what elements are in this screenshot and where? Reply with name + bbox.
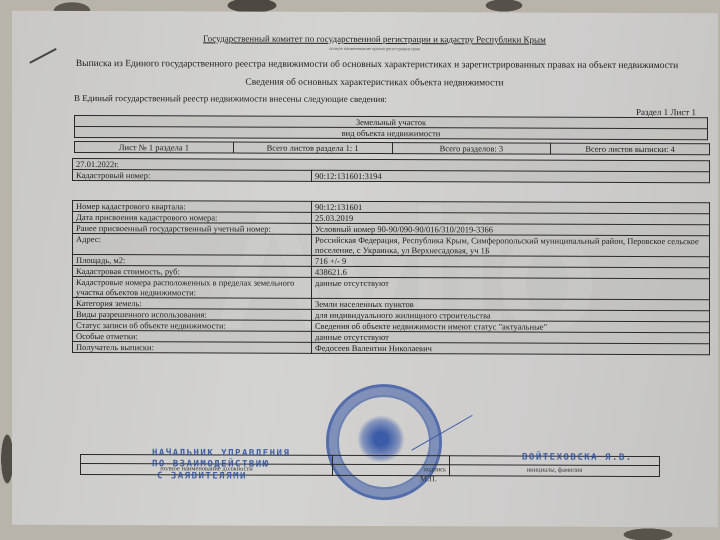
authority-name: Государственный комитет по государственн… [162,33,587,44]
authority-caption: полное наименование органа регистрации п… [162,45,587,51]
field-label: Получатель выписки: [73,341,312,353]
position-stamp-line-1: НАЧАЛЬНИК УПРАВЛЕНИЯ [152,448,290,458]
field-value: Земли населенных пунктов [312,298,710,310]
document-subtitle: Сведения об основных характеристиках объ… [162,77,587,88]
field-label: Площадь, м2: [73,254,312,266]
table-row: Получатель выписки:Федосеев Валентин Ник… [73,341,710,354]
position-stamp-line-3: С ЗАЯВИТЕЛЯМИ [157,471,247,481]
field-value: Российская Федерация, Республика Крым, С… [312,234,710,256]
cadastral-table: 27.01.2022г. Кадастровый номер: 90:12:13… [72,158,710,183]
name-caption: инициалы, фамилия [450,465,660,477]
field-value: для индивидуального жилищного строительс… [312,309,710,321]
field-label: Кадастровые номера расположенных в преде… [73,276,312,298]
field-label: Номер кадастрового квартала: [73,200,312,212]
field-label: Особые отметки: [73,330,312,342]
total-sheets: Всего листов выписки: 4 [551,143,710,155]
field-label: Ранее присвоенный государственный учетны… [73,222,312,234]
characteristics-table: Номер кадастрового квартала:90:12:131601… [72,200,710,355]
total-sections: Всего разделов: 3 [392,143,551,155]
section-reference: Раздел 1 Лист 1 [636,107,696,117]
document-page: Avito Государственный комитет по государ… [12,11,718,527]
seal-caption: М.П. [420,474,437,483]
field-label: Статус записи об объекте недвижимости: [73,319,312,331]
cadastral-label: Кадастровый номер: [73,169,312,181]
field-value: Сведения об объекте недвижимости имеют с… [312,320,710,332]
sheet-number: Лист № 1 раздела 1 [75,141,234,153]
object-type-caption: вид объекта недвижимости [75,126,708,139]
field-label: Кадастровая стоимость, руб: [73,265,312,277]
document-title: Выписка из Единого государственного реес… [32,59,720,71]
field-value: Федосеев Валентин Николаевич [312,342,710,354]
field-label: Адрес: [73,233,312,255]
sheets-in-section: Всего листов раздела 1: 1 [233,142,392,154]
field-label: Категория земель: [73,297,312,309]
position-stamp-line-2: ПО ВЗАИМОДЕЙСТВИЮ [152,459,270,469]
field-label: Дата присвоения кадастрового номера: [73,211,312,223]
object-type-table: Земельный участок вид объекта недвижимос… [74,115,708,140]
table-row: Кадастровые номера расположенных в преде… [73,276,710,299]
name-stamp: ВОЙТЕХОВСКА Я.В. [522,453,633,463]
field-label: Виды разрешенного использования: [73,308,312,320]
sheet-info-table: Лист № 1 раздела 1 Всего листов раздела … [74,141,710,155]
field-value: Условный номер 90-90/090-90/016/310/2019… [312,223,710,235]
field-value: данные отсутствуют [312,331,710,343]
intro-text: В Единый государственный реестр недвижим… [74,93,387,104]
field-value: данные отсутствуют [312,277,710,299]
table-row: Адрес:Российская Федерация, Республика К… [73,233,710,256]
cadastral-value: 90:12:131601:3194 [312,170,710,182]
